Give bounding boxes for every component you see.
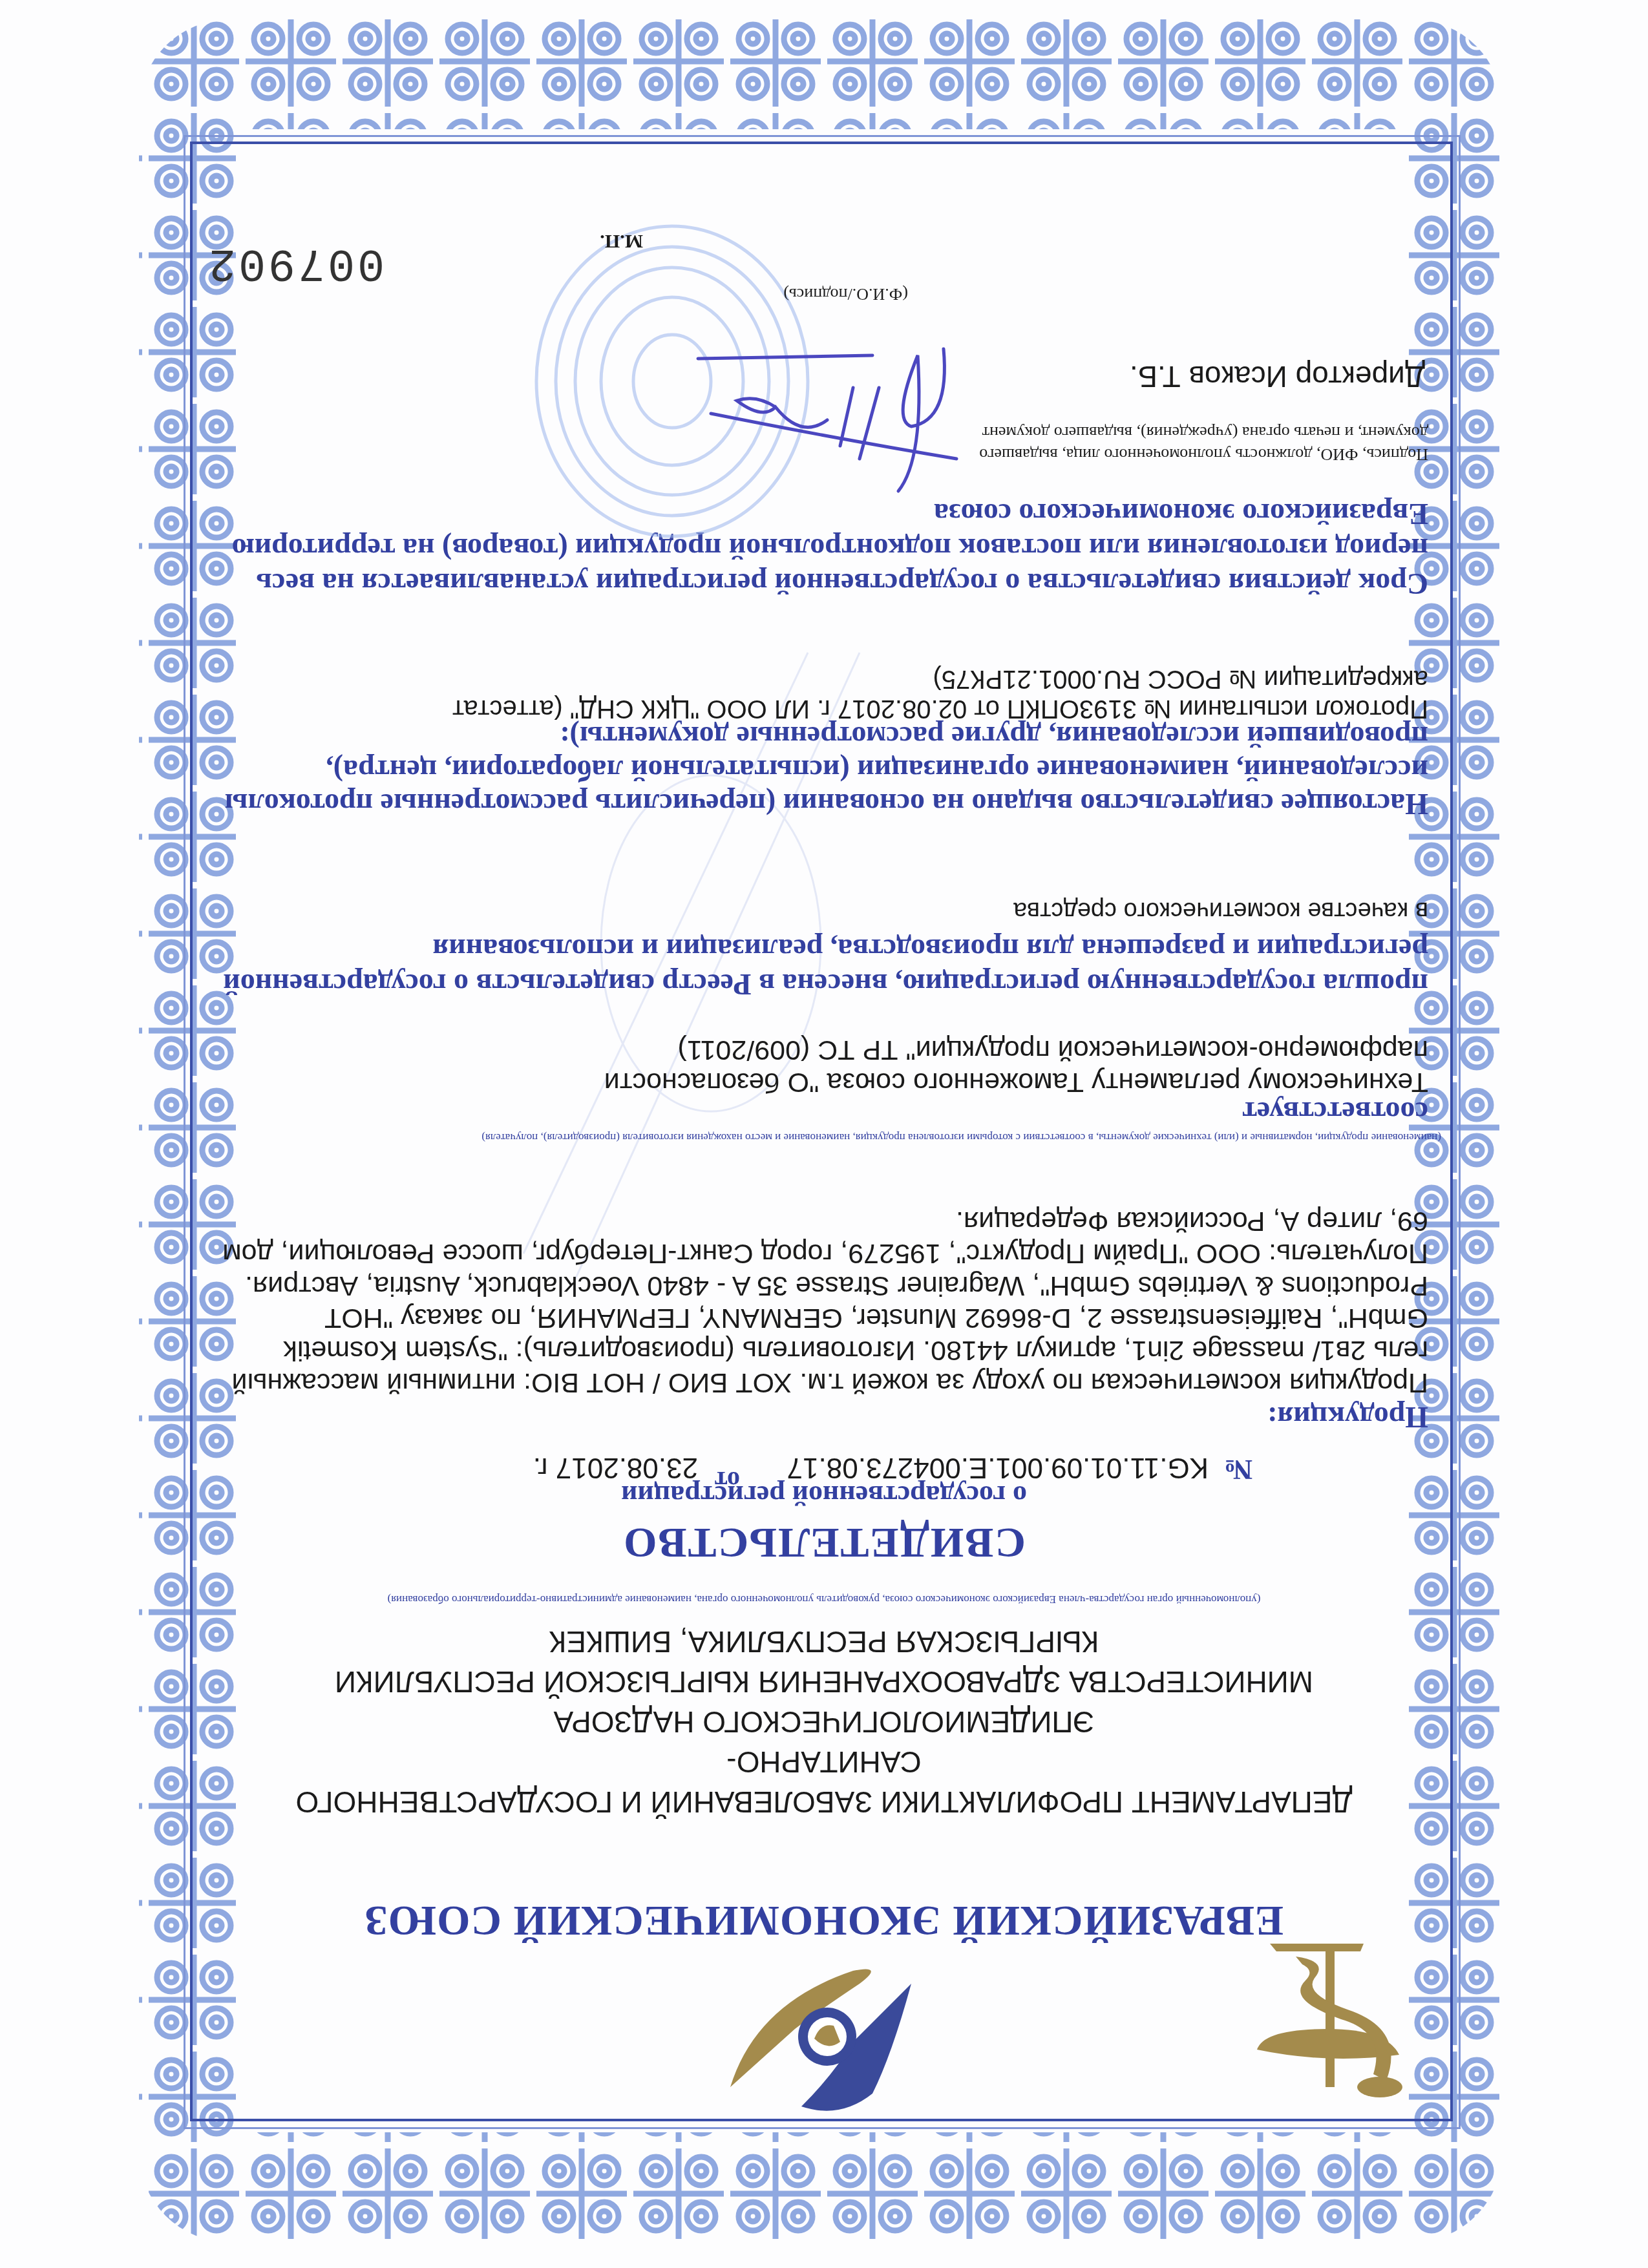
- registration-statement: прошла государственную регистрацию, внес…: [187, 932, 1428, 1002]
- authority-line: ДЕПАРТАМЕНТ ПРОФИЛАКТИКИ ЗАБОЛЕВАНИЙ И Г…: [220, 1742, 1428, 1822]
- union-title: ЕВРАЗИЙСКИЙ ЭКОНОМИЧЕСКИЙ СОЮЗ: [220, 1896, 1428, 1945]
- registration-usage: в качестве косметического средства: [1013, 896, 1428, 924]
- certificate-number-label: №: [1224, 1453, 1252, 1486]
- product-caption: (наименование продукции, нормативные и (…: [181, 1131, 1441, 1144]
- product-label: Продукция:: [1267, 1400, 1428, 1434]
- basis-label: Настоящее свидетельство выдано на основа…: [174, 720, 1428, 821]
- serial-number: 007902: [206, 236, 385, 288]
- certificate-date: 23.08.2017 г.: [533, 1451, 698, 1484]
- seal-label: М.П.: [600, 230, 643, 252]
- conformity-text: Техническому регламенту Таможенного союз…: [588, 1034, 1428, 1098]
- signature-icon: [633, 342, 969, 498]
- authority-line: МИНИСТЕРСТВА ЗДРАВООХРАНЕНИЯ КЫРГЫЗСКОЙ …: [220, 1662, 1428, 1702]
- signer-name: Директор Исаков Т.Б.: [1130, 359, 1425, 394]
- signature-caption: Подпись, ФИО, должность уполномоченного …: [963, 421, 1428, 465]
- fio-caption: (Ф.И.О./подпись): [783, 284, 908, 304]
- authority-caption: (уполномоченный орган государства-члена …: [207, 1593, 1441, 1606]
- conformity-label: соответствует: [1242, 1095, 1428, 1129]
- certificate-date-label: от: [715, 1465, 740, 1496]
- medical-emblem-icon: [1231, 1932, 1425, 2126]
- eaeu-logo-icon: [717, 1964, 931, 2113]
- issuing-authority: ДЕПАРТАМЕНТ ПРОФИЛАКТИКИ ЗАБОЛЕВАНИЙ И Г…: [220, 1622, 1428, 1822]
- certificate-number: KG.11.01.09.001.Е.004273.08.17: [787, 1451, 1209, 1484]
- authority-line: КЫРГЫЗСКАЯ РЕСПУБЛИКА, БИШКЕК: [220, 1622, 1428, 1662]
- product-description: Продукция косметическая по уходу за коже…: [200, 1205, 1428, 1399]
- basis-text: Протокол испытании № 3193ОПКП от 02.08.2…: [297, 664, 1428, 724]
- certificate-title: СВИДЕТЕЛЬСТВО: [220, 1518, 1428, 1567]
- authority-line: ЭПИДЕМИОЛОГИЧЕСКОГО НАДЗОРА: [220, 1702, 1428, 1742]
- certificate-page: ЕВРАЗИЙСКИЙ ЭКОНОМИЧЕСКИЙ СОЮЗ ДЕПАРТАМЕ…: [0, 0, 1648, 2268]
